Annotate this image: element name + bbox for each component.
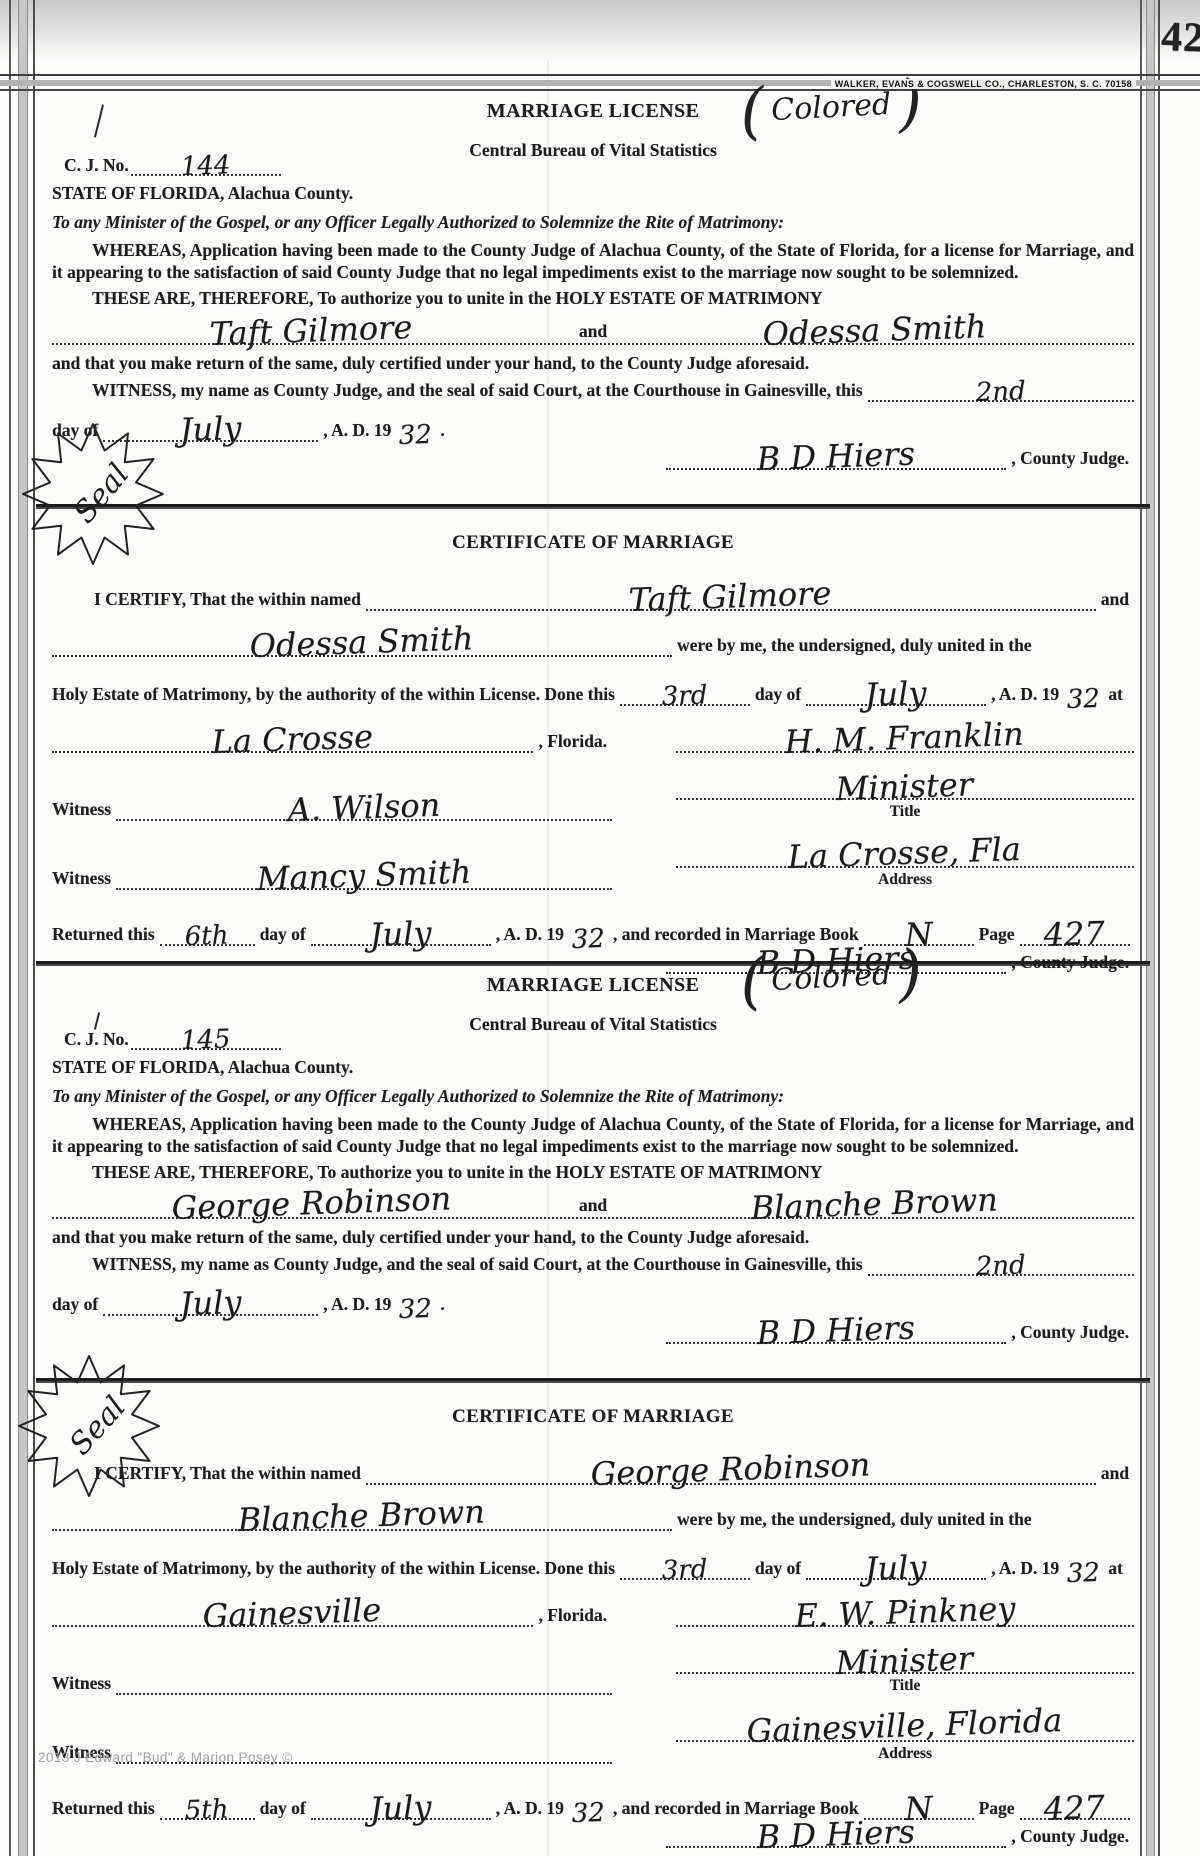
book-page: 427	[1043, 921, 1105, 946]
officiant-address: La Crosse, Fla	[788, 838, 1022, 869]
and-label: and	[571, 1194, 615, 1217]
groom-name-blank: George Robinson	[366, 1461, 1096, 1485]
bride-name-blank: Odessa Smith	[52, 633, 672, 657]
county-judge-label: , County Judge.	[1006, 447, 1134, 470]
cj-number-value: 144	[180, 156, 230, 176]
cj-number-blank: 144	[131, 156, 281, 176]
issued-day-blank: 2nd	[868, 382, 1134, 402]
county-judge-label: , County Judge.	[1006, 1825, 1134, 1848]
issue-date-row: day of July , A. D. 19 32 .	[52, 417, 1134, 441]
left-border-rule	[9, 0, 11, 1856]
holy-estate-line: Holy Estate of Matrimony, by the authori…	[52, 683, 620, 706]
bride-name: Odessa Smith	[762, 315, 986, 345]
book-page: 427	[1043, 1795, 1105, 1820]
issued-day-blank: 2nd	[868, 1256, 1134, 1276]
witness1-signature: A. Wilson	[287, 794, 440, 822]
marriage-date-row: Holy Estate of Matrimony, by the authori…	[52, 662, 1134, 706]
whereas-paragraph: WHEREAS, Application having been made to…	[52, 239, 1134, 283]
married-day: 3rd	[662, 1560, 708, 1580]
witness-judge-row: WITNESS, my name as County Judge, and th…	[52, 379, 1134, 402]
returned-year: 32	[571, 930, 605, 949]
witness2-address-row: Witness Mancy Smith La Crosse, Fla Addre…	[52, 824, 1134, 890]
license-title: MARRIAGE LICENSE	[52, 966, 1134, 998]
issued-day: 2nd	[975, 382, 1026, 402]
witness-label: Witness	[52, 1672, 116, 1695]
groom-name-blank: Taft Gilmore	[366, 587, 1096, 611]
united-line: were by me, the undersigned, duly united…	[672, 634, 1037, 657]
witness1-blank: A. Wilson	[116, 797, 612, 821]
state-county-line: STATE OF FLORIDA, Alachua County.	[52, 1056, 1134, 1078]
married-month-blank: July	[806, 1556, 986, 1580]
certify-row: I CERTIFY, That the within named Taft Gi…	[52, 565, 1134, 611]
right-border-rule	[1140, 0, 1142, 1856]
bride-name-blank: Odessa Smith	[615, 321, 1134, 343]
couple-names-row: Taft Gilmore and Odessa Smith	[52, 309, 1134, 345]
returned-this-label: Returned this	[52, 1797, 160, 1820]
witness-seal-line: WITNESS, my name as County Judge, and th…	[92, 1253, 868, 1276]
officiant-title: Minister	[836, 773, 974, 800]
addressee-line: To any Minister of the Gospel, or any Of…	[52, 211, 1134, 233]
ad-19-label: , A. D. 19	[491, 1797, 569, 1820]
officiant-address-cell: La Crosse, Fla Address	[676, 824, 1134, 890]
married-year: 32	[1067, 690, 1101, 709]
marriage-certificate-form-2: CERTIFICATE OF MARRIAGE I CERTIFY, That …	[52, 1383, 1134, 1835]
marriage-license-form-2: ( Colored ) MARRIAGE LICENSE Central Bur…	[52, 966, 1134, 1378]
groom-name: Taft Gilmore	[629, 581, 832, 610]
returned-month: July	[369, 921, 431, 946]
issued-month: July	[179, 1291, 241, 1316]
returned-month-blank: July	[311, 1796, 491, 1820]
united-line: were by me, the undersigned, duly united…	[672, 1508, 1037, 1531]
returned-month: July	[369, 1795, 431, 1820]
officiant-blank: H. M. Franklin	[676, 729, 1134, 753]
bride-row: Odessa Smith were by me, the undersigned…	[52, 613, 1134, 657]
groom-name: George Robinson	[171, 1187, 451, 1219]
county-judge-label: , County Judge.	[1006, 1321, 1134, 1344]
cj-no-label: C. J. No.	[64, 1028, 131, 1050]
groom-name-blank: George Robinson	[52, 1195, 571, 1217]
place-officiant-row: La Crosse , Florida. H. M. Franklin	[52, 709, 1134, 753]
license-header: ( Colored ) MARRIAGE LICENSE Central Bur…	[52, 92, 1134, 168]
bride-row: Blanche Brown were by me, the undersigne…	[52, 1487, 1134, 1531]
officiant-title-blank: Minister	[676, 776, 1134, 800]
returned-this-label: Returned this	[52, 923, 160, 946]
couple-names-row: George Robinson and Blanche Brown	[52, 1183, 1134, 1219]
returned-day: 6th	[185, 926, 229, 946]
groom-name: George Robinson	[590, 1453, 870, 1485]
officiant-signature: H. M. Franklin	[785, 722, 1025, 753]
bride-name: Blanche Brown	[750, 1188, 998, 1219]
bride-name: Odessa Smith	[249, 627, 473, 657]
officiant-address-cell: Gainesville, Florida Address	[676, 1698, 1134, 1764]
issue-date-row: day of July , A. D. 19 32 .	[52, 1291, 1134, 1315]
and-label: and	[1096, 588, 1134, 611]
make-return-line: and that you make return of the same, du…	[52, 1226, 1134, 1248]
witness1-title-row: Witness Minister Title	[52, 1630, 1134, 1696]
certify-row: I CERTIFY, That the within named George …	[52, 1439, 1134, 1485]
married-day-blank: 3rd	[620, 686, 750, 706]
day-of-label: day of	[255, 1797, 311, 1820]
page-number: 427	[1160, 13, 1200, 63]
returned-month-blank: July	[311, 922, 491, 946]
witness-label: Witness	[52, 798, 116, 821]
ad-19-label: , A. D. 19	[318, 419, 396, 442]
period: .	[435, 419, 449, 442]
judge-signature: B D Hiers	[756, 1820, 915, 1848]
married-month-blank: July	[806, 682, 986, 706]
witness-judge-row: WITNESS, my name as County Judge, and th…	[52, 1253, 1134, 1276]
authorization-line: THESE ARE, THEREFORE, To authorize you t…	[52, 1161, 1134, 1183]
returned-row: Returned this 5th day of July , A. D. 19…	[52, 1776, 1134, 1820]
witness1-title-row: Witness A. Wilson Minister Title	[52, 756, 1134, 822]
book-page-blank: 427	[1020, 922, 1130, 946]
i-certify-label: I CERTIFY, That the within named	[94, 588, 366, 611]
marriage-certificate-form-1: CERTIFICATE OF MARRIAGE I CERTIFY, That …	[52, 509, 1134, 961]
seal-stamp-icon: Seal	[14, 410, 172, 578]
married-month: July	[865, 681, 927, 706]
bride-name: Blanche Brown	[238, 1500, 486, 1531]
issued-month-blank: July	[103, 1291, 318, 1315]
certificate-title: CERTIFICATE OF MARRIAGE	[52, 1383, 1134, 1429]
returned-row: Returned this 6th day of July , A. D. 19…	[52, 902, 1134, 946]
judge-signature: B D Hiers	[756, 442, 915, 470]
page-label: Page	[974, 1797, 1020, 1820]
officiant-title-blank: Minister	[676, 1650, 1134, 1674]
witness1-blank	[116, 1685, 612, 1695]
bride-name-blank: Blanche Brown	[615, 1195, 1134, 1217]
scan-artifact-band	[0, 0, 1200, 62]
cj-no-label: C. J. No.	[64, 154, 131, 176]
and-label: and	[1096, 1462, 1134, 1485]
officiant-signature-cell: E. W. Pinkney	[676, 1583, 1134, 1627]
returned-day: 5th	[185, 1800, 229, 1820]
witness2-blank: Mancy Smith	[116, 866, 612, 890]
bride-name-blank: Blanche Brown	[52, 1507, 672, 1531]
judge-signature-blank: B D Hiers	[666, 1320, 1006, 1344]
florida-label: , Florida.	[533, 730, 612, 753]
marriage-date-row: Holy Estate of Matrimony, by the authori…	[52, 1536, 1134, 1580]
page-label: Page	[974, 923, 1020, 946]
scanned-marriage-register-page: 427 WALKER, EVANS & COGSWELL CO., CHARLE…	[0, 0, 1200, 1856]
officiant-title-cell: Minister Title	[676, 1630, 1134, 1696]
day-of-label: day of	[255, 923, 311, 946]
officiant-address-blank: La Crosse, Fla	[676, 844, 1134, 868]
ad-19-label: , A. D. 19	[318, 1293, 396, 1316]
seal-stamp-icon: Seal	[10, 1342, 168, 1510]
witness2-cell: Witness Mancy Smith	[52, 824, 612, 890]
place-blank: La Crosse	[52, 729, 533, 753]
witness1-cell: Witness A. Wilson	[52, 756, 612, 822]
officiant-blank: E. W. Pinkney	[676, 1603, 1134, 1627]
witness-label: Witness	[52, 867, 116, 890]
issued-year: 32	[399, 1299, 433, 1318]
returned-day-blank: 5th	[160, 1800, 255, 1820]
issued-day: 2nd	[975, 1256, 1026, 1276]
forms-content: ( Colored ) MARRIAGE LICENSE Central Bur…	[52, 92, 1134, 1835]
marriage-place: Gainesville	[203, 1598, 382, 1627]
cj-number-row: C. J. No. 145	[64, 1028, 281, 1050]
authorization-line: THESE ARE, THEREFORE, To authorize you t…	[52, 287, 1134, 309]
judge-signature: B D Hiers	[756, 1316, 915, 1344]
marriage-place-cell: La Crosse , Florida.	[52, 709, 612, 753]
married-day: 3rd	[662, 686, 708, 706]
state-county-line: STATE OF FLORIDA, Alachua County.	[52, 182, 1134, 204]
officiant-address: Gainesville, Florida	[746, 1709, 1062, 1742]
witness-seal-line: WITNESS, my name as County Judge, and th…	[92, 379, 868, 402]
colored-annotation: ( Colored )	[739, 949, 924, 1005]
address-label: Address	[676, 870, 1134, 890]
judge-signature-blank: B D Hiers	[666, 446, 1006, 470]
returned-day-blank: 6th	[160, 926, 255, 946]
handwritten-paren: (	[739, 88, 766, 136]
make-return-line: and that you make return of the same, du…	[52, 352, 1134, 374]
cj-number-blank: 145	[131, 1030, 281, 1050]
place-blank: Gainesville	[52, 1603, 533, 1627]
copyright-watermark: 2013 J Edward "Bud" & Marion Posey ©	[38, 1750, 293, 1765]
issued-year: 32	[399, 425, 433, 444]
cj-number-row: C. J. No. 144	[64, 154, 281, 176]
ad-19-label: , A. D. 19	[491, 923, 569, 946]
left-border-rule	[33, 0, 35, 1856]
colored-word: Colored	[763, 956, 899, 998]
witness1-cell: Witness	[52, 1630, 612, 1696]
addressee-line: To any Minister of the Gospel, or any Of…	[52, 1085, 1134, 1107]
judge-signature-blank: B D Hiers	[666, 1824, 1006, 1848]
whereas-paragraph: WHEREAS, Application having been made to…	[52, 1113, 1134, 1157]
seal-text: Seal	[67, 457, 136, 530]
married-day-blank: 3rd	[620, 1560, 750, 1580]
license-header: ( Colored ) MARRIAGE LICENSE Central Bur…	[52, 966, 1134, 1042]
judge-signature-row: B D Hiers , County Judge.	[52, 1320, 1134, 1344]
day-of-label: day of	[52, 1293, 103, 1316]
book-page-blank: 427	[1020, 1796, 1130, 1820]
ad-19-label: , A. D. 19	[986, 1557, 1064, 1580]
marriage-place-cell: Gainesville , Florida.	[52, 1583, 612, 1627]
marriage-place: La Crosse	[211, 725, 373, 753]
groom-name-blank: Taft Gilmore	[52, 321, 571, 343]
certificate-title: CERTIFICATE OF MARRIAGE	[52, 509, 1134, 555]
license-title: MARRIAGE LICENSE	[52, 92, 1134, 124]
right-border-rule	[1158, 0, 1160, 1856]
printer-mark: WALKER, EVANS & COGSWELL CO., CHARLESTON…	[831, 79, 1136, 89]
day-of-label: day of	[750, 683, 806, 706]
holy-estate-line: Holy Estate of Matrimony, by the authori…	[52, 1557, 620, 1580]
at-label: at	[1103, 683, 1128, 706]
officiant-title-cell: Minister Title	[676, 756, 1134, 822]
place-officiant-row: Gainesville , Florida. E. W. Pinkney	[52, 1583, 1134, 1627]
colored-word: Colored	[763, 86, 899, 128]
period: .	[435, 1293, 449, 1316]
witness2-signature: Mancy Smith	[256, 860, 471, 890]
officiant-signature: E. W. Pinkney	[794, 1597, 1015, 1627]
cj-number-value: 145	[180, 1030, 230, 1050]
returned-year: 32	[571, 1804, 605, 1823]
handwritten-paren: )	[896, 949, 923, 997]
officiant-title: Minister	[836, 1647, 974, 1674]
handwritten-paren: (	[739, 958, 766, 1006]
judge-signature-row: B D Hiers , County Judge.	[52, 446, 1134, 470]
at-label: at	[1103, 1557, 1128, 1580]
and-label: and	[571, 320, 615, 343]
left-border-rule	[18, 0, 28, 1856]
ad-19-label: , A. D. 19	[986, 683, 1064, 706]
day-of-label: day of	[750, 1557, 806, 1580]
officiant-address-blank: Gainesville, Florida	[676, 1718, 1134, 1742]
seal-text: Seal	[63, 1390, 133, 1462]
address-label: Address	[676, 1744, 1134, 1764]
florida-label: , Florida.	[533, 1604, 612, 1627]
officiant-signature-cell: H. M. Franklin	[676, 709, 1134, 753]
married-year: 32	[1067, 1564, 1101, 1583]
right-border-rule	[1146, 0, 1155, 1856]
issued-month: July	[179, 417, 241, 442]
married-month: July	[865, 1555, 927, 1580]
marriage-license-form-1: ( Colored ) MARRIAGE LICENSE Central Bur…	[52, 92, 1134, 504]
groom-name: Taft Gilmore	[209, 316, 412, 345]
